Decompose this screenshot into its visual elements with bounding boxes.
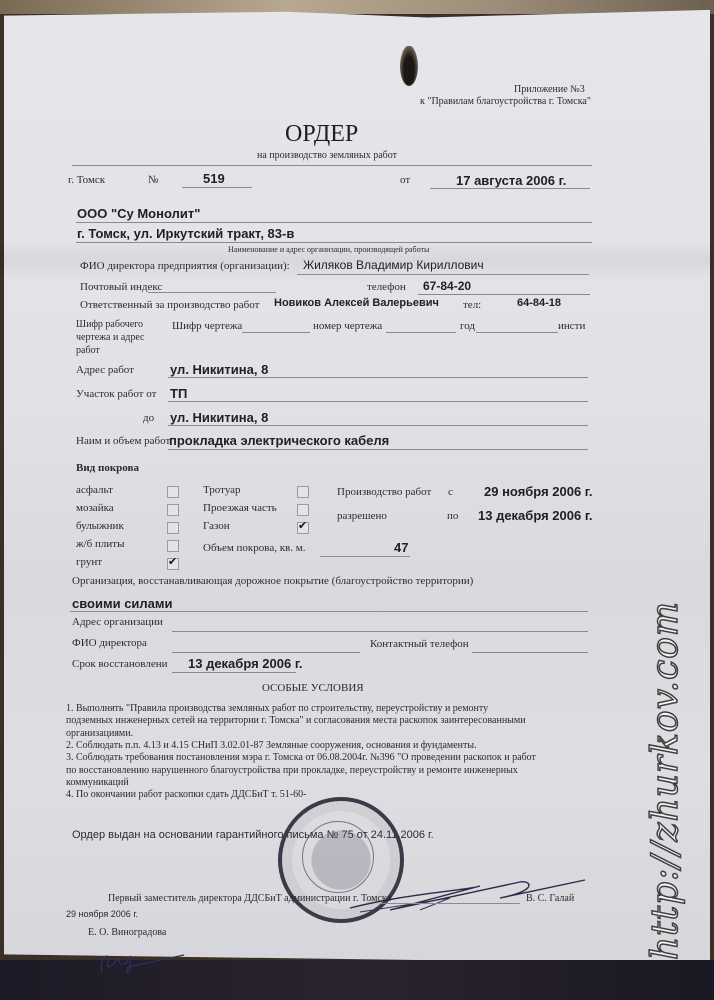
- volume-value: 47: [394, 540, 408, 555]
- special-condition-line: коммуникаций: [66, 777, 129, 788]
- organization-caption: Наименование и адрес организации, произв…: [228, 245, 429, 254]
- cover-left-label: грунт: [76, 556, 102, 568]
- special-condition-line: организациями.: [66, 728, 133, 739]
- cover-left-label: ж/б плиты: [76, 538, 124, 550]
- drawing-label-line: работ: [76, 344, 145, 357]
- work-address-label: Адрес работ: [76, 364, 134, 376]
- special-condition-line: 3. Соблюдать требования постановления мэ…: [66, 752, 536, 763]
- special-heading: ОСОБЫЕ УСЛОВИЯ: [262, 682, 364, 694]
- executor-name: Е. О. Виноградова: [88, 927, 166, 938]
- permit-to-label: по: [447, 510, 458, 522]
- cover-left-label: мозайка: [76, 502, 114, 514]
- cipher-field: [242, 332, 310, 333]
- city-label: г. Томск: [68, 174, 105, 186]
- paper-tear: [400, 46, 418, 86]
- cover-left-checkbox[interactable]: [167, 504, 179, 516]
- work-scope-underline: [168, 449, 588, 450]
- deadline-value: 13 декабря 2006 г.: [188, 656, 303, 671]
- cover-middle-checkbox[interactable]: [297, 486, 309, 498]
- director-label: ФИО директора предприятия (организации):: [80, 260, 290, 272]
- work-address-value: ул. Никитина, 8: [170, 362, 268, 377]
- section-from-label: Участок работ от: [76, 388, 156, 400]
- permit-from-label: с: [448, 486, 453, 498]
- deadline-underline: [172, 672, 296, 673]
- org-director-label: ФИО директора: [72, 637, 147, 649]
- permit-label1: Производство работ: [337, 486, 431, 498]
- organization-name: ООО "Су Монолит": [77, 206, 200, 221]
- cover-left-checkbox[interactable]: [167, 486, 179, 498]
- special-condition-line: 1. Выполнять "Правила производства земля…: [66, 703, 488, 714]
- drawing-label-line: Шифр рабочего: [76, 318, 145, 331]
- divider: [72, 165, 592, 166]
- year-field: [476, 332, 558, 333]
- inst-label: инсти: [558, 320, 585, 332]
- special-condition-line: по восстановлению нарушенного благоустро…: [66, 765, 518, 776]
- organization-address: г. Томск, ул. Иркутский тракт, 83-в: [77, 226, 294, 241]
- section-from-underline: [168, 401, 588, 402]
- drawing-number-label: номер чертежа: [313, 320, 382, 332]
- section-to-underline: [168, 425, 588, 426]
- restoring-org-label: Организация, восстанавливающая дорожное …: [72, 575, 473, 587]
- cover-middle-label: Тротуар: [203, 484, 241, 496]
- cover-left-label: булыжник: [76, 520, 124, 532]
- number-underline: [182, 187, 252, 188]
- work-scope-label: Наим и объем работ: [76, 435, 170, 447]
- cover-left-checkbox[interactable]: [167, 540, 179, 552]
- page-subtitle: на производство земляных работ: [257, 150, 397, 161]
- cover-middle-label: Газон: [203, 520, 230, 532]
- director-underline: [297, 274, 589, 275]
- order-date: 17 августа 2006 г.: [456, 173, 566, 188]
- special-condition-line: 4. По окончании работ раскопки сдать ДДС…: [66, 789, 306, 800]
- phone-label: телефон: [367, 281, 406, 293]
- order-number: 519: [203, 171, 225, 186]
- phone-value: 67-84-20: [423, 279, 471, 293]
- volume-underline: [320, 556, 410, 557]
- special-condition-line: подземных инженерных сетей на территории…: [66, 715, 526, 726]
- responsible-label: Ответственный за производство работ: [80, 299, 259, 311]
- drawing-label-line: чертежа и адрес: [76, 331, 145, 344]
- contact-phone-field: [472, 652, 588, 653]
- cover-middle-checkbox[interactable]: [297, 504, 309, 516]
- signature-date: 29 ноября 2006 г.: [66, 909, 138, 919]
- cover-left-label: асфальт: [76, 484, 113, 496]
- appendix-line2: к "Правилам благоустройства г. Томска": [420, 96, 591, 107]
- drawing-number-field: [386, 332, 456, 333]
- phone-underline: [418, 294, 590, 295]
- cover-middle-checkbox[interactable]: [297, 522, 309, 534]
- contact-phone-label: Контактный телефон: [370, 638, 469, 650]
- postal-field: [148, 292, 276, 293]
- cover-left-checkbox[interactable]: [167, 558, 179, 570]
- responsible-phone-label: тел:: [463, 299, 481, 311]
- cover-left-checkbox[interactable]: [167, 522, 179, 534]
- responsible-name: Новиков Алексей Валерьевич: [274, 297, 439, 309]
- restoring-org-underline: [70, 611, 588, 612]
- permit-label2: разрешено: [337, 510, 387, 522]
- org-address-underline: [76, 242, 592, 243]
- signer-position: Первый заместитель директора ДДСБиТ адми…: [108, 893, 391, 904]
- number-label: №: [148, 174, 159, 186]
- cover-middle-label: Проезжая часть: [203, 502, 277, 514]
- volume-label: Объем покрова, кв. м.: [203, 542, 305, 554]
- cover-heading: Вид покрова: [76, 462, 139, 474]
- director-name: Жиляков Владимир Кириллович: [303, 258, 484, 272]
- page-title: ОРДЕР: [285, 121, 358, 148]
- section-from-value: ТП: [170, 386, 187, 401]
- drawing-label: Шифр рабочего чертежа и адрес работ: [76, 318, 145, 357]
- org-name-underline: [76, 222, 592, 223]
- signer-name: В. С. Галай: [526, 893, 574, 904]
- permit-to-date: 13 декабря 2006 г.: [478, 508, 593, 523]
- year-label: год: [460, 320, 475, 332]
- background-top: [0, 0, 714, 14]
- date-label: от: [400, 174, 410, 186]
- org-director-field: [172, 652, 360, 653]
- section-to-value: ул. Никитина, 8: [170, 410, 268, 425]
- executor-signature: [94, 945, 204, 980]
- deadline-label: Срок восстановлени: [72, 658, 168, 670]
- special-condition-line: 2. Соблюдать п.п. 4.13 и 4.15 СНиП 3.02.…: [66, 740, 477, 751]
- work-scope-value: прокладка электрического кабеля: [169, 433, 389, 448]
- org-address-field: [172, 631, 588, 632]
- work-address-underline: [168, 377, 588, 378]
- responsible-phone: 64-84-18: [517, 297, 561, 309]
- cipher-label: Шифр чертежа: [172, 320, 242, 332]
- permit-from-date: 29 ноября 2006 г.: [484, 484, 593, 499]
- org-address-label: Адрес организации: [72, 616, 163, 628]
- appendix-line1: Приложение №3: [514, 84, 585, 95]
- date-underline: [430, 188, 590, 189]
- section-to-label: до: [143, 412, 154, 424]
- watermark: http://zhurkov.com: [645, 601, 686, 960]
- restoring-org-value: своими силами: [72, 596, 173, 611]
- signature-line: [380, 903, 520, 904]
